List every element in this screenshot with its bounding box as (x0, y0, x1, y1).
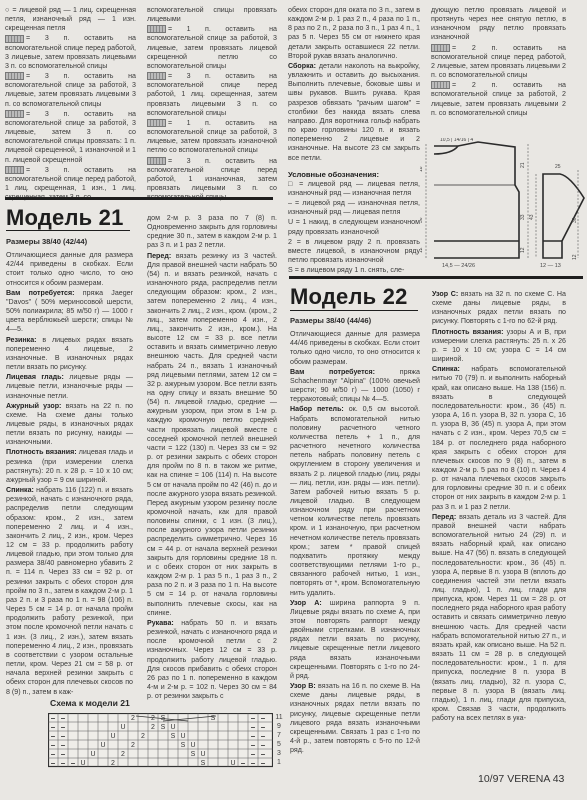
svg-text:2: 2 (131, 715, 135, 722)
lace-chart-model21: –––– –––– –––– –––– –––– –––––– UUUUU UU… (48, 713, 273, 768)
model21-col2: дом 2-м р. 3 раза по 7 (8) п. Одновремен… (147, 214, 277, 702)
garment-schematic: 10,5 | 14/16 | 4 18 36 12 21 33 12 25 43… (420, 138, 587, 263)
svg-text:–: – (251, 750, 256, 759)
model22-gauge: Плотность вязания: узоры А и В, при изме… (432, 328, 566, 365)
svg-text:U: U (200, 751, 205, 758)
svg-text:–: – (261, 732, 266, 741)
svg-text:U: U (190, 742, 195, 749)
model22-back: Спинка: набрать вспомогательной нитью 70… (432, 365, 566, 512)
model21-sizes: Размеры 38/40 (42/44) (6, 237, 133, 246)
model21-lace: Ажурный узор: вязать на 22 п. по схеме. … (6, 402, 133, 448)
model22-sizes: Размеры 38/40 (44/46) (290, 316, 420, 325)
legend-entry: = 2 п. оставить на вспомогательной спице… (431, 81, 566, 118)
svg-text:–: – (51, 759, 56, 768)
svg-text:U: U (170, 724, 175, 731)
legend-entry: 2 = в лицевом ряду 2 п. провязать вместе… (288, 238, 420, 265)
svg-text:S: S (161, 715, 166, 722)
legend-entry: □ = лицевой ряд — лицевая петля, изнаноч… (288, 180, 420, 198)
cable-symbol-icon (147, 119, 166, 127)
model21-back: Спинка: набрать 116 (122) п. и вязать ре… (6, 486, 133, 697)
model21-intro: Отличающиеся данные для размера 42/44 пр… (6, 251, 133, 288)
model21-sleeve-assembly-col3: обеих сторон для оката по 3 п., затем в … (288, 6, 420, 276)
model22-pattern-a: Узор А: ширина раппорта 9 п. Лицевые ряд… (290, 599, 420, 681)
svg-text:U: U (80, 760, 85, 767)
svg-text:–: – (51, 714, 56, 723)
cable-symbol-icon (147, 157, 166, 165)
model22-cast-on: Набор петель: ок. 0,5 см высотой. Набрат… (290, 405, 420, 597)
model21-back-cont: дом 2-м р. 3 раза по 7 (8) п. Одновремен… (147, 214, 277, 251)
svg-text:S: S (191, 751, 196, 758)
legend-entry: дующую петлю провязать лицевой и протяну… (431, 6, 566, 43)
svg-text:12: 12 (420, 247, 424, 253)
svg-text:U: U (90, 751, 95, 758)
svg-text:S: S (171, 733, 176, 740)
legend-title: Условные обозначения: (288, 170, 420, 179)
cable-symbol-icon (5, 35, 24, 43)
model21-col1: Размеры 38/40 (42/44) Отличающиеся данны… (6, 237, 133, 698)
svg-text:–: – (61, 750, 66, 759)
model22-pattern-c: Узор С: вязать на 32 п. по схеме С. На с… (432, 290, 566, 327)
svg-text:–: – (51, 732, 56, 741)
model22-materials: Вам потребуется: пряжа Schachenmayr "Alp… (290, 368, 420, 405)
legend-continuation-col2: вспомогательной спицы провязать лицевыми… (147, 6, 277, 203)
model22-title: Модель 22 (290, 285, 408, 309)
model21-front: Перед: вязать резинку из 3 частей. Для п… (147, 252, 277, 618)
svg-text:–: – (251, 723, 256, 732)
svg-text:–: – (251, 732, 256, 741)
svg-text:–: – (261, 714, 266, 723)
svg-text:–: – (61, 732, 66, 741)
svg-text:U: U (110, 733, 115, 740)
svg-text:–: – (251, 759, 256, 768)
cable-symbol-icon (5, 72, 24, 80)
svg-text:S: S (201, 760, 206, 767)
legend-entry: вспомогательной спицы провязать лицевыми (147, 6, 277, 24)
assembly-section: Сборка: детали наколоть на выкройку, увл… (288, 62, 420, 163)
svg-text:S: S (181, 742, 186, 749)
legend-entry: = 2 п. оставить на вспомогательной спице… (431, 44, 566, 81)
title-underline (290, 310, 418, 311)
legend-entry: = 3 п. оставить на вспомогательной спице… (147, 72, 277, 118)
svg-text:12: 12 (520, 247, 526, 253)
svg-text:43: 43 (529, 214, 535, 220)
svg-text:2: 2 (141, 733, 145, 740)
model22-front: Перед: вязать деталь из 3 частей. Для пр… (432, 513, 566, 724)
svg-text:2: 2 (131, 742, 135, 749)
legend-entry: = 1 п. оставить на вспомогательной спице… (147, 25, 277, 71)
schematic-top-widths: 10,5 | 14/16 | 4 (440, 138, 473, 143)
svg-text:2: 2 (151, 715, 155, 722)
svg-text:–: – (241, 759, 246, 768)
model21-rib: Резинка: в лицевых рядах вязать попереме… (6, 336, 133, 373)
legend-continuation-col4: дующую петлю провязать лицевой и протяну… (431, 6, 566, 119)
svg-text:2: 2 (121, 751, 125, 758)
svg-text:–: – (251, 741, 256, 750)
legend-continuation-col1: ○ = лицевой ряд — 1 лиц. скрещенная петл… (5, 6, 136, 203)
svg-text:–: – (61, 759, 66, 768)
svg-text:–: – (51, 723, 56, 732)
title-underline (6, 230, 130, 231)
cable-symbol-icon (147, 25, 166, 33)
section-divider (289, 276, 583, 279)
svg-text:25: 25 (555, 164, 561, 170)
svg-text:–: – (261, 741, 266, 750)
legend-entry: = 3 п. оставить на вспомогательной спице… (5, 110, 136, 165)
svg-text:U: U (120, 724, 125, 731)
cable-symbol-icon (431, 81, 450, 89)
svg-text:U: U (180, 733, 185, 740)
svg-text:21: 21 (520, 162, 526, 168)
svg-text:33: 33 (520, 214, 526, 220)
section-divider (5, 197, 273, 200)
page-footer: 10/97 VERENA 43 (478, 775, 564, 784)
chart-title: Схема к модели 21 (50, 699, 130, 708)
cable-symbol-icon (5, 166, 24, 174)
svg-text:–: – (51, 741, 56, 750)
legend-entry: = 3 п. оставить на вспомогательной спице… (147, 157, 277, 203)
svg-text:12: 12 (572, 254, 578, 260)
schematic-body-bottom-label: 14,5 — 24/26 (442, 262, 475, 271)
svg-text:–: – (261, 750, 266, 759)
svg-text:–: – (261, 759, 266, 768)
legend-entry: – = лицевой ряд — изнаночная петля, изна… (288, 199, 420, 217)
svg-text:–: – (51, 750, 56, 759)
legend-entry: ○ = лицевой ряд — 1 лиц. скрещенная петл… (5, 6, 136, 33)
cable-symbol-icon (147, 72, 166, 80)
legend-entry: = 3 п. оставить на вспомогательной спице… (5, 34, 136, 71)
model21-sleeves: Рукава: набрать 50 п. и вязать резинкой,… (147, 619, 277, 701)
svg-text:U: U (100, 742, 105, 749)
svg-text:–: – (261, 723, 266, 732)
svg-text:2: 2 (151, 724, 155, 731)
legend-entry: = 1 п. оставить на вспомогательной спице… (147, 119, 277, 156)
model21-gauge: Плотность вязания: лицевая гладь и резин… (6, 448, 133, 485)
model22-intro: Отличающиеся данные для размера 44/46 пр… (290, 330, 420, 367)
model21-stockinette: Лицевая гладь: лицевые ряды — лицевые пе… (6, 373, 133, 400)
svg-text:–: – (251, 714, 256, 723)
legend-entry: U = 1 накид, в следующем изнаночном ряду… (288, 218, 420, 236)
model21-materials: Вам потребуется: пряжа Jaeger "Davos" ( … (6, 289, 133, 335)
svg-text:U: U (230, 760, 235, 767)
cable-symbol-icon (431, 44, 450, 52)
svg-text:2: 2 (111, 760, 115, 767)
model21-title: Модель 21 (6, 206, 124, 230)
sleeve-continuation: обеих сторон для оката по 3 п., затем в … (288, 6, 420, 61)
chart-row-numbers: 11 9 7 5 3 1 (274, 713, 284, 767)
svg-text:–: – (61, 723, 66, 732)
model22-col4: Узор С: вязать на 32 п. по схеме С. На с… (432, 290, 566, 724)
svg-text:–: – (61, 714, 66, 723)
svg-text:–: – (61, 741, 66, 750)
svg-text:S: S (211, 715, 216, 722)
svg-text:30: 30 (572, 217, 578, 223)
svg-text:18: 18 (420, 166, 424, 172)
svg-text:–: – (71, 759, 76, 768)
svg-text:S: S (161, 724, 166, 731)
cable-symbol-icon (5, 110, 24, 118)
model22-col3: Размеры 38/40 (44/46) Отличающиеся данны… (290, 316, 420, 756)
svg-text:36: 36 (420, 217, 424, 223)
model22-pattern-b: Узор В: вязать на 16 п. по схеме В. На с… (290, 682, 420, 755)
legend-entry: S = в лицевом ряду 1 п. снять, сле- (288, 266, 420, 275)
schematic-sleeve-bottom-label: 12 — 13 (540, 262, 561, 271)
legend-entry: = 3 п. оставить на вспомогательной спице… (5, 72, 136, 109)
